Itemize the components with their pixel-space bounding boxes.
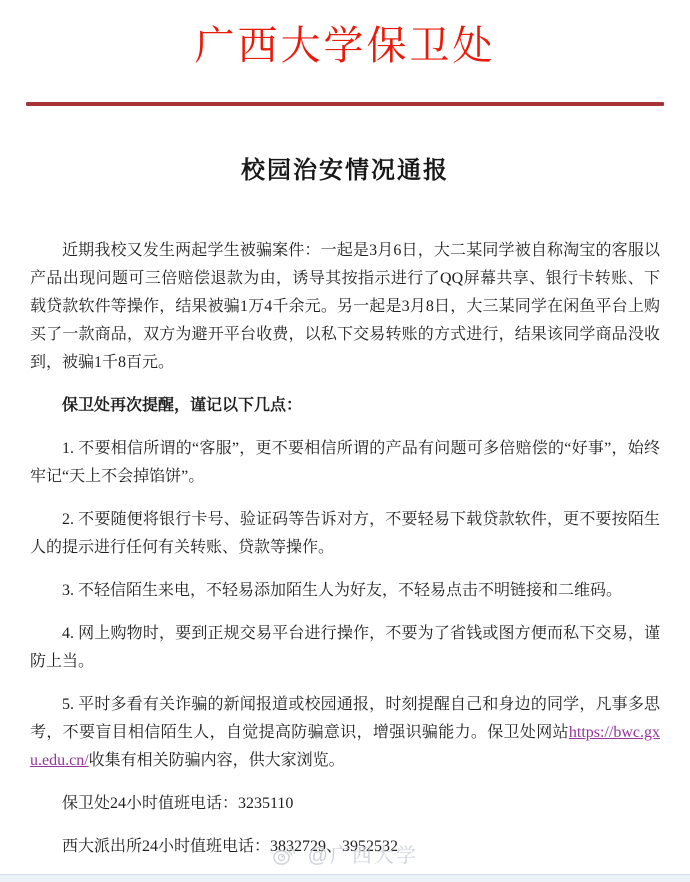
weibo-icon [272,843,296,873]
point-2: 2. 不要随便将银行卡号、验证码等告诉对方，不要轻易下载贷款软件，更不要按陌生人… [30,506,660,562]
point-4: 4. 网上购物时，要到正规交易平台进行操作，不要为了省钱或图方便而私下交易，谨防… [30,620,660,676]
document-title: 校园治安情况通报 [0,150,690,185]
document-body: 近期我校又发生两起学生被骗案件：一起是3月6日，大二某同学被自称淘宝的客服以产品… [30,237,660,861]
watermark-handle: @广西大学 [308,845,418,867]
point-5: 5. 平时多看有关诈骗的新闻报道或校园通报，时刻提醒自己和身边的同学，凡事多思考… [30,691,660,775]
org-title: 广西大学保卫处 [0,0,690,71]
weibo-watermark: @广西大学 [0,839,690,873]
intro-paragraph: 近期我校又发生两起学生被骗案件：一起是3月6日，大二某同学被自称淘宝的客服以产品… [30,237,660,377]
notice-page: 广西大学保卫处 校园治安情况通报 近期我校又发生两起学生被骗案件：一起是3月6日… [0,0,690,882]
point-1: 1. 不要相信所谓的“客服”，更不要相信所谓的产品有问题可多倍赔偿的“好事”，始… [30,435,660,491]
footer-strip [0,874,690,882]
security-office-phone: 保卫处24小时值班电话：3235110 [30,790,660,818]
point-5-text: 5. 平时多看有关诈骗的新闻报道或校园通报，时刻提醒自己和身边的同学，凡事多思考… [30,696,660,741]
point-5-suffix: 收集有相关防骗内容，供大家浏览。 [89,752,345,769]
reminder-heading: 保卫处再次提醒，谨记以下几点： [30,392,660,420]
header-divider [26,102,664,106]
point-3: 3. 不轻信陌生来电，不轻易添加陌生人为好友，不轻易点击不明链接和二维码。 [30,577,660,605]
